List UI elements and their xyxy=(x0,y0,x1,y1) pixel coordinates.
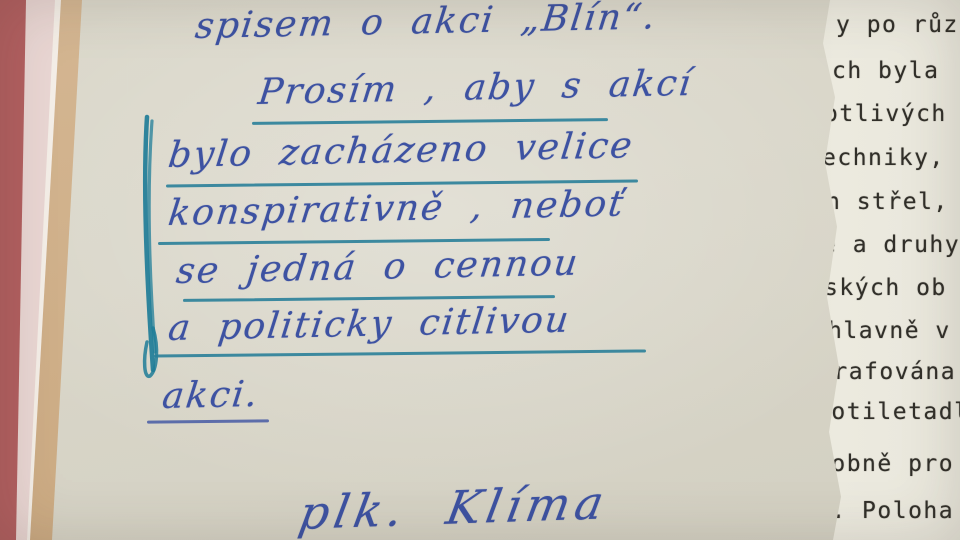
handwritten-line: a politicky citlivou xyxy=(166,300,573,349)
photo-of-archival-document: y po růz ch byla otlivých echniky, n stř… xyxy=(0,0,960,540)
typed-line: echniky, xyxy=(822,145,945,171)
typed-line: ch byla xyxy=(832,58,939,84)
typed-line: rotiletadl xyxy=(816,399,960,425)
typed-line: ských ob xyxy=(824,275,947,301)
handwritten-line: se jedná o cennou xyxy=(174,243,582,292)
handwritten-line: akci. xyxy=(160,374,262,417)
typed-line: y po růz xyxy=(836,12,959,38)
typed-line: hlavně v xyxy=(828,318,951,344)
typed-line: n střel, xyxy=(826,189,949,215)
signature: plk. Klíma xyxy=(295,475,613,540)
typed-line: otlivých xyxy=(824,101,947,127)
typed-line: dobně pro xyxy=(816,451,954,477)
typed-line: grafována xyxy=(818,359,956,385)
typed-line: ě a druhy xyxy=(822,232,960,258)
